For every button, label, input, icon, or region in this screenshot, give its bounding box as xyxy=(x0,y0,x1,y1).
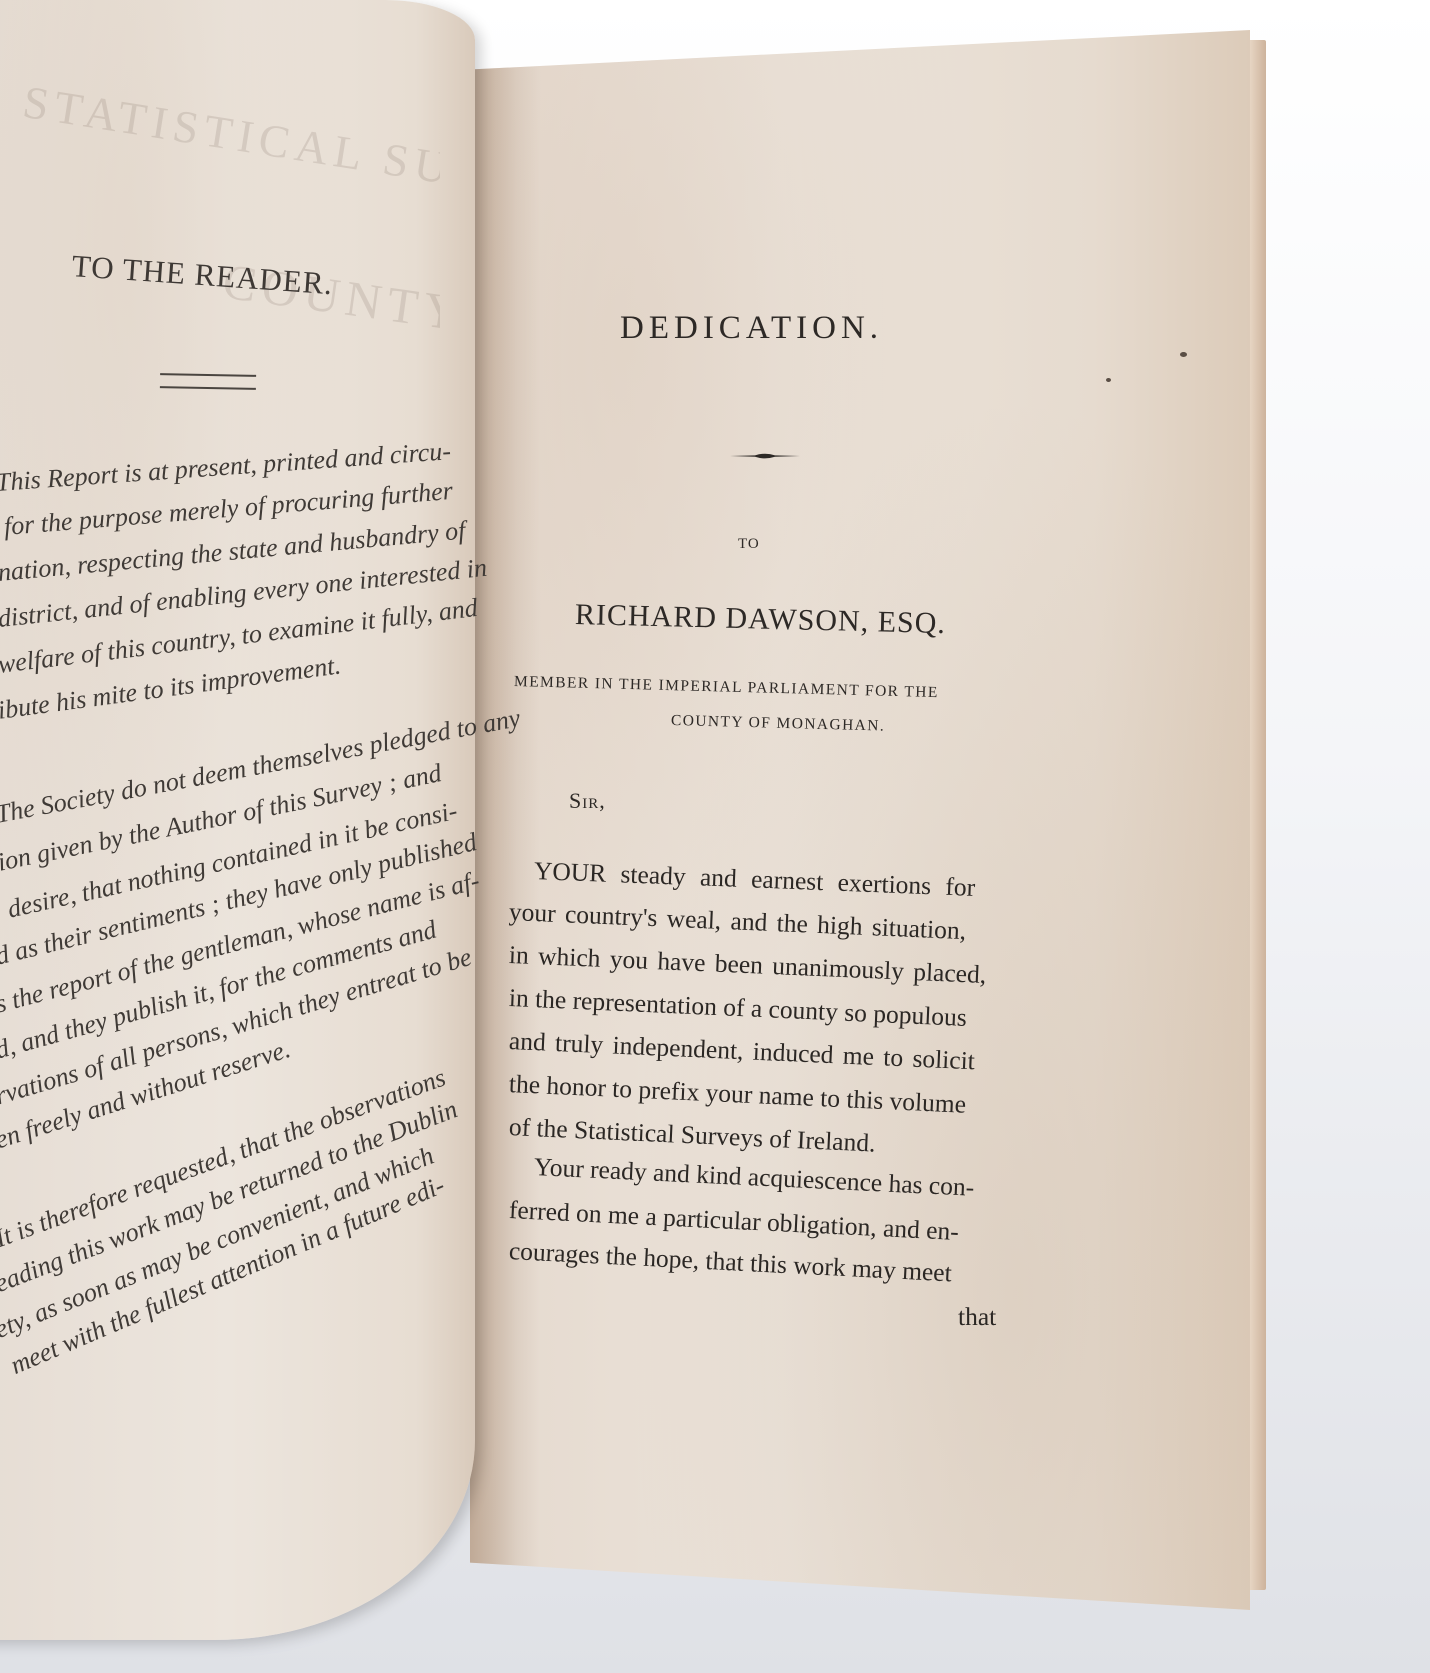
show-through-text-1: STATISTICAL SURVEY xyxy=(19,75,440,218)
paper-speck xyxy=(1106,378,1111,382)
catchword: that xyxy=(958,1302,996,1332)
to-label: TO xyxy=(738,536,760,553)
paper-speck xyxy=(1180,352,1187,357)
dedication-heading: DEDICATION. xyxy=(620,310,883,347)
book-photo-scene: STATISTICAL SURVEY COUNTY OF MONAGHAN TO… xyxy=(0,0,1430,1673)
ornamental-rule-icon xyxy=(730,452,800,460)
double-rule-divider xyxy=(160,373,256,390)
gutter-shadow xyxy=(470,30,540,1610)
salutation: Sir, xyxy=(569,788,606,814)
right-page xyxy=(470,30,1250,1610)
